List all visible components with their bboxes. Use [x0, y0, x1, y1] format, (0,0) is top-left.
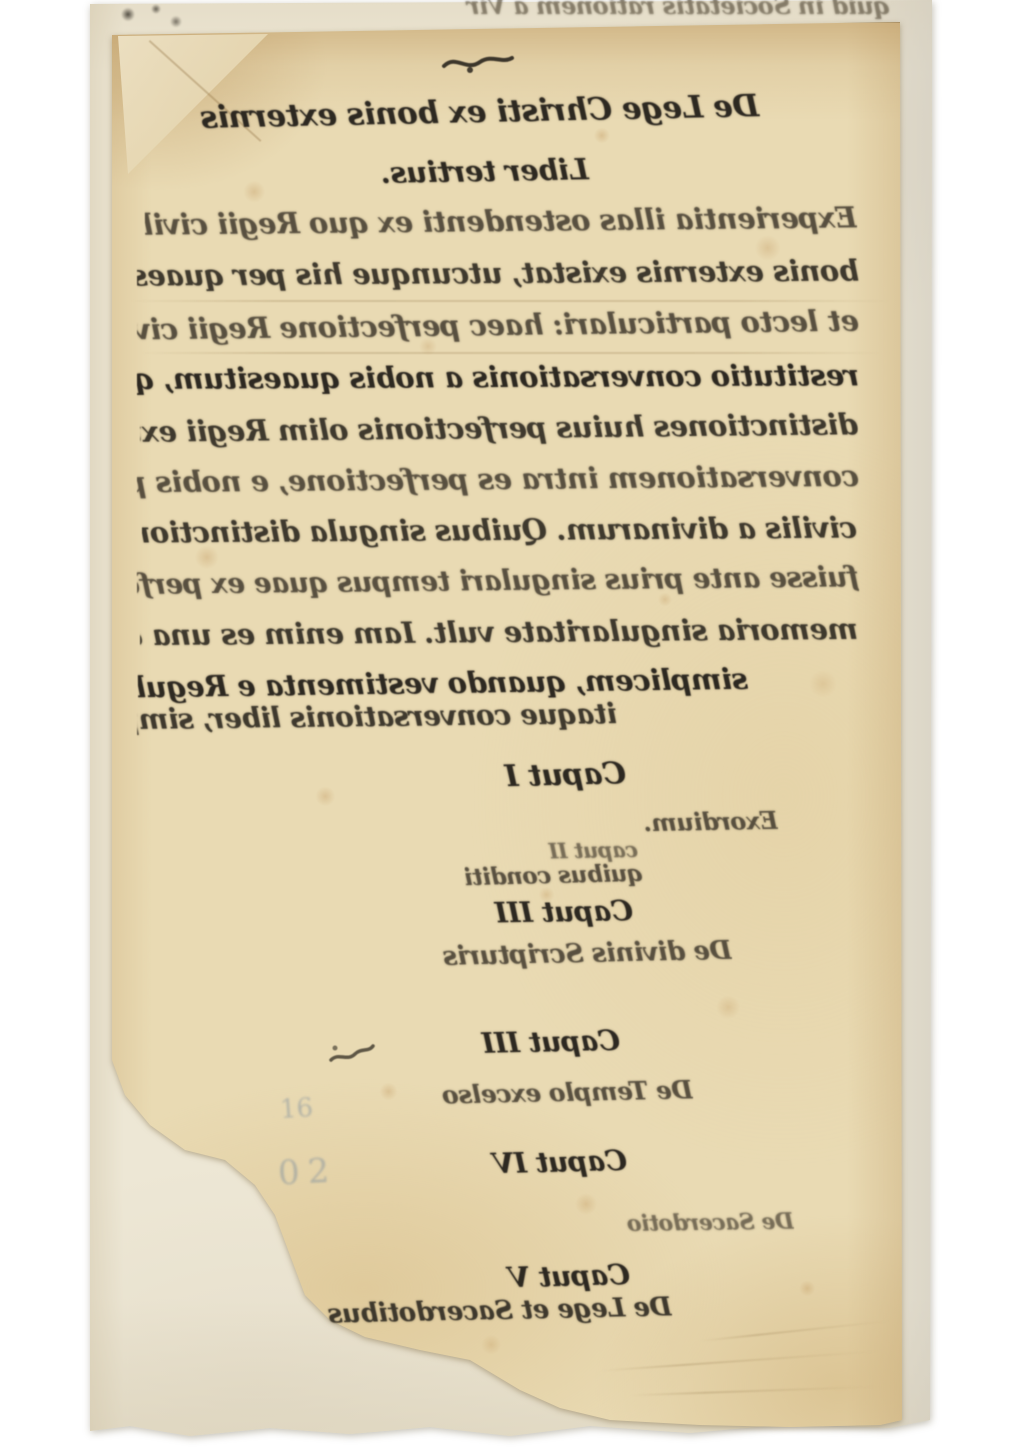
body-line: bonis externis existat, utcunque his per…: [137, 253, 859, 300]
body-line: itaque conversationis liber, simplificat…: [137, 697, 617, 745]
body-line: distinctiones huius perfectionis olim Re…: [140, 407, 858, 457]
collection-number-top: 16: [279, 1093, 314, 1125]
collection-number-bottom: 02: [277, 1150, 338, 1193]
chapter-title-caput-iii-b: De Templo excelso: [438, 1075, 694, 1118]
body-line: fuisse ante prius singulari tempus quae …: [137, 560, 859, 610]
title-line-2: Liber tertius.: [340, 151, 631, 198]
ink-flourish-mark: [440, 48, 516, 82]
ink-smudge-small: [325, 1034, 377, 1074]
chapter-heading-caput-iii-b: Caput III: [418, 1024, 621, 1069]
chapter-title-caput-iii: De divinis Scripturis: [330, 936, 733, 984]
chapter-heading-caput-iii: Caput III: [405, 894, 634, 938]
chapter-title-exordium: Exordium.: [640, 807, 779, 845]
chapter-heading-caput-iv: Caput IV: [455, 1144, 628, 1188]
chapter-title-caput-ii: quibus conditis: [465, 860, 644, 898]
paper-crease: [130, 300, 890, 302]
body-line: et lecto particulari: haec perfectione R…: [137, 304, 859, 355]
body-line: civilis a divinarum. Quibus singula dist…: [142, 511, 857, 558]
body-line: conversationem intra es perfectione, e n…: [137, 459, 859, 507]
body-line: restitutio conversationis a nobis quaesi…: [137, 358, 859, 404]
chapter-title-caput-iv: De Sacerdotio: [598, 1209, 794, 1246]
chapter-heading-caput-i: Caput I: [477, 756, 626, 802]
chapter-title-caput-v: De Lege et Sacerdotibus: [320, 1292, 673, 1339]
body-line: memoria singularitate vult. Iam enim es …: [140, 612, 858, 660]
body-line: Experientia illas ostendenti ex quo Regi…: [145, 200, 857, 249]
